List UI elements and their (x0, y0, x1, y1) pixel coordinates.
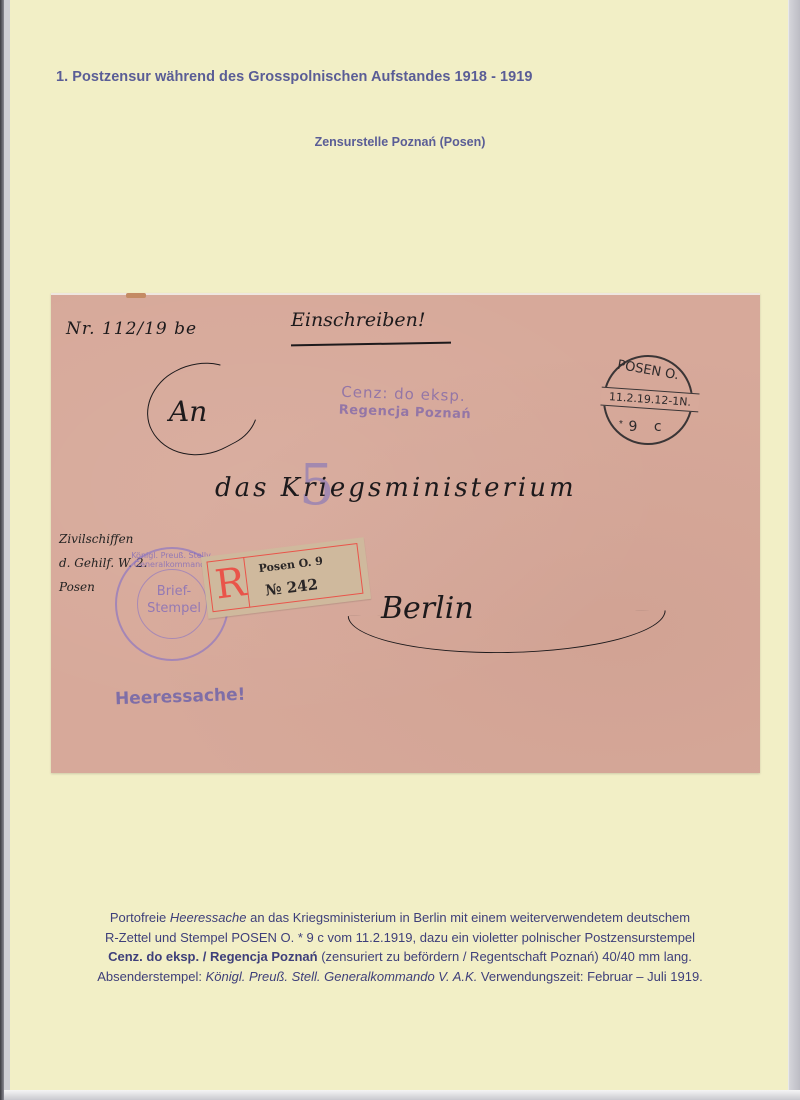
description-text-run: (zensuriert zu befördern / Regentschaft … (318, 949, 692, 964)
description-line-1: Portofreie Heeressache an das Kriegsmini… (0, 908, 800, 928)
censor-stamp-line1: Cenz: do eksp. (341, 383, 472, 406)
heeressache-marking: Heeressache! (115, 685, 246, 710)
description-text-run: Portofreie (110, 910, 170, 925)
sender-stamp-center-line1: Brief- (139, 583, 209, 600)
address-salutation: An (169, 395, 207, 428)
description-italic-run: Königl. Preuß. Stell. Generalkommando V.… (206, 969, 478, 984)
description-line-4: Absenderstempel: Königl. Preuß. Stell. G… (0, 967, 800, 987)
envelope-tear (126, 293, 146, 298)
page-subtitle: Zensurstelle Poznań (Posen) (0, 135, 800, 149)
registered-underline (291, 342, 451, 347)
description-line-3: Cenz. do eksp. / Regencja Poznań (zensur… (0, 947, 800, 967)
handwritten-reference-number: Nr. 112/19 be (66, 319, 197, 339)
address-recipient: das Kriegsministerium (215, 473, 577, 503)
description-line-2: R-Zettel und Stempel POSEN O. * 9 c vom … (0, 928, 800, 948)
sender-stamp-center: Brief- Stempel (139, 583, 209, 617)
description-text-run: an das Kriegsministerium in Berlin mit e… (246, 910, 690, 925)
sender-note-line: Zivilschiffen (59, 527, 147, 551)
description-text-run: Verwendungszeit: Februar – Juli 1919. (477, 969, 702, 984)
description-text: Portofreie Heeressache an das Kriegsmini… (0, 908, 800, 986)
postmark-date: 11.2.19.12-1N. (600, 387, 699, 413)
registration-label: R Posen O. 9 № 242 (201, 537, 371, 619)
censor-stamp-line2: Regencja Poznań (338, 403, 471, 423)
scan-bottom-edge (4, 1090, 800, 1100)
page-title: 1. Postzensur während des Grosspolnische… (56, 69, 533, 85)
description-bold-run: Cenz. do eksp. / Regencja Poznań (108, 949, 318, 964)
description-text-run: Absenderstempel: (97, 969, 205, 984)
cover-envelope: Nr. 112/19 be Einschreiben! POSEN O. 11.… (51, 293, 760, 773)
r-letter-icon: R (212, 558, 248, 609)
handwritten-registered-note: Einschreiben! (291, 309, 426, 331)
city-underline-flourish (348, 610, 667, 656)
postmark-code: 9 c (605, 419, 691, 435)
censor-stamp: Cenz: do eksp. Regencja Poznań (340, 383, 472, 423)
sender-stamp-center-line2: Stempel (139, 600, 209, 617)
description-italic-run: Heeressache (170, 910, 247, 925)
postmark-office: POSEN O. (604, 356, 691, 386)
postmark-posen: POSEN O. 11.2.19.12-1N. * 9 c (603, 355, 693, 445)
